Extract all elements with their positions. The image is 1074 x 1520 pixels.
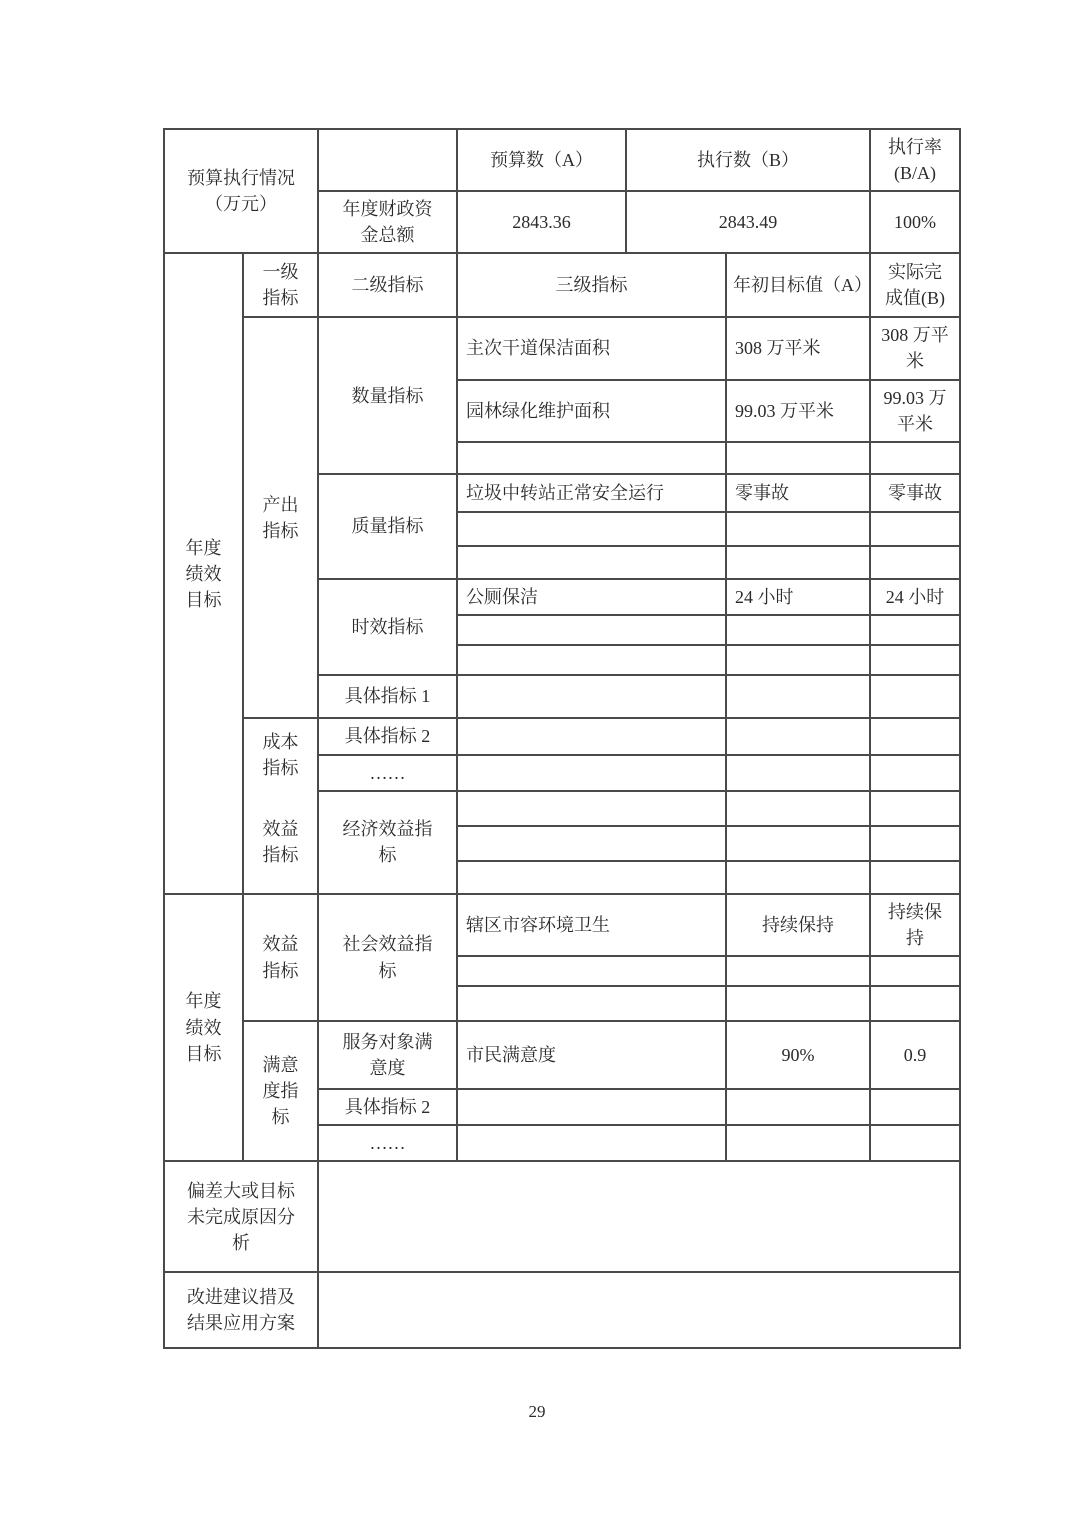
empty-cell xyxy=(726,1125,870,1161)
indicator-name: 辖区市容环境卫生 xyxy=(457,894,726,956)
budget-header-row: 预算执行情况（万元） 预算数（A） 执行数（B） 执行率(B/A) xyxy=(164,129,960,191)
indicator-name: 市民满意度 xyxy=(457,1021,726,1089)
empty-cell xyxy=(457,861,726,894)
economic-benefit-label: 经济效益指标 xyxy=(318,791,457,894)
empty-cell xyxy=(870,1089,960,1125)
budget-value-a: 2843.36 xyxy=(457,191,626,253)
empty-cell xyxy=(457,1125,726,1161)
budget-col-a-header: 预算数（A） xyxy=(457,129,626,191)
empty-cell xyxy=(726,791,870,826)
level1-header: 一级指标 xyxy=(243,253,318,317)
empty-cell xyxy=(457,986,726,1021)
empty-cell xyxy=(726,755,870,791)
empty-cell xyxy=(726,826,870,861)
empty-cell xyxy=(457,675,726,718)
target-value: 308 万平米 xyxy=(726,317,870,379)
actual-header: 实际完成值(B) xyxy=(870,253,960,317)
actual-value: 0.9 xyxy=(870,1021,960,1089)
section2-goal-label: 年度绩效目标 xyxy=(164,894,243,1161)
empty-cell xyxy=(726,645,870,675)
actual-value: 零事故 xyxy=(870,474,960,512)
empty-cell xyxy=(457,718,726,755)
target-value: 99.03 万平米 xyxy=(726,380,870,442)
improvement-content xyxy=(318,1272,960,1348)
deviation-analysis-content xyxy=(318,1161,960,1272)
improvement-label: 改进建议措及结果应用方案 xyxy=(164,1272,318,1348)
budget-rate-value: 100% xyxy=(870,191,960,253)
ellipsis-label-2: …… xyxy=(318,1125,457,1161)
page-number: 29 xyxy=(0,1402,1074,1422)
empty-cell xyxy=(870,512,960,546)
actual-value: 308 万平米 xyxy=(870,317,960,379)
empty-cell xyxy=(726,442,870,474)
empty-cell xyxy=(726,861,870,894)
actual-value: 持续保持 xyxy=(870,894,960,956)
empty-cell xyxy=(870,986,960,1021)
empty-cell xyxy=(457,956,726,986)
empty-cell xyxy=(870,645,960,675)
table-row: 年度绩效目标 效益指标 社会效益指标 辖区市容环境卫生 持续保持 持续保持 xyxy=(164,894,960,956)
budget-col-b-header: 执行数（B） xyxy=(626,129,870,191)
specific-indicator2-label-2: 具体指标 2 xyxy=(318,1089,457,1125)
empty-cell xyxy=(870,718,960,755)
empty-cell xyxy=(726,615,870,645)
indicator-name: 园林绿化维护面积 xyxy=(457,380,726,442)
target-value: 零事故 xyxy=(726,474,870,512)
budget-value-b: 2843.49 xyxy=(626,191,870,253)
empty-cell xyxy=(318,129,457,191)
service-satisfaction-label: 服务对象满意度 xyxy=(318,1021,457,1089)
empty-cell xyxy=(457,826,726,861)
table-row: 满意度指标 服务对象满意度 市民满意度 90% 0.9 xyxy=(164,1021,960,1089)
satisfaction-indicator-label: 满意度指标 xyxy=(243,1021,318,1161)
budget-section-label: 预算执行情况（万元） xyxy=(164,129,318,253)
cost-indicator-label: 成本指标 xyxy=(243,718,318,791)
empty-cell xyxy=(457,512,726,546)
table-row: 产出指标 数量指标 主次干道保洁面积 308 万平米 308 万平米 xyxy=(164,317,960,379)
empty-cell xyxy=(726,675,870,718)
social-benefit-label: 社会效益指标 xyxy=(318,894,457,1021)
empty-cell xyxy=(726,956,870,986)
empty-cell xyxy=(457,645,726,675)
annual-funds-label: 年度财政资金总额 xyxy=(318,191,457,253)
empty-cell xyxy=(726,512,870,546)
empty-cell xyxy=(726,546,870,579)
empty-cell xyxy=(457,755,726,791)
empty-cell xyxy=(457,546,726,579)
document-page: 预算执行情况（万元） 预算数（A） 执行数（B） 执行率(B/A) 年度财政资金… xyxy=(0,0,1074,1520)
specific-indicator1-label: 具体指标 1 xyxy=(318,675,457,718)
empty-cell xyxy=(870,861,960,894)
deviation-analysis-label: 偏差大或目标未完成原因分析 xyxy=(164,1161,318,1272)
indicator-header-row: 年度绩效目标 一级指标 二级指标 三级指标 年初目标值（A） 实际完成值(B) xyxy=(164,253,960,317)
target-value: 持续保持 xyxy=(726,894,870,956)
table-row: 效益指标 经济效益指标 xyxy=(164,791,960,826)
section1-goal-label: 年度绩效目标 xyxy=(164,253,243,894)
empty-cell xyxy=(870,826,960,861)
timeliness-indicator-label: 时效指标 xyxy=(318,579,457,675)
empty-cell xyxy=(870,546,960,579)
improvement-row: 改进建议措及结果应用方案 xyxy=(164,1272,960,1348)
empty-cell xyxy=(870,615,960,645)
empty-cell xyxy=(726,718,870,755)
empty-cell xyxy=(457,791,726,826)
budget-rate-header: 执行率(B/A) xyxy=(870,129,960,191)
actual-value: 24 小时 xyxy=(870,579,960,615)
quantity-indicator-label: 数量指标 xyxy=(318,317,457,473)
level3-header: 三级指标 xyxy=(457,253,726,317)
empty-cell xyxy=(726,986,870,1021)
deviation-analysis-row: 偏差大或目标未完成原因分析 xyxy=(164,1161,960,1272)
indicator-name: 垃圾中转站正常安全运行 xyxy=(457,474,726,512)
indicator-name: 公厕保洁 xyxy=(457,579,726,615)
target-value: 24 小时 xyxy=(726,579,870,615)
empty-cell xyxy=(870,1125,960,1161)
empty-cell xyxy=(726,1089,870,1125)
benefit-indicator-label-2: 效益指标 xyxy=(243,894,318,1021)
empty-cell xyxy=(870,675,960,718)
empty-cell xyxy=(457,1089,726,1125)
empty-cell xyxy=(870,442,960,474)
ellipsis-label: …… xyxy=(318,755,457,791)
level2-header: 二级指标 xyxy=(318,253,457,317)
benefit-indicator-label: 效益指标 xyxy=(243,791,318,894)
empty-cell xyxy=(870,755,960,791)
indicator-name: 主次干道保洁面积 xyxy=(457,317,726,379)
output-indicator-label: 产出指标 xyxy=(243,317,318,717)
performance-table: 预算执行情况（万元） 预算数（A） 执行数（B） 执行率(B/A) 年度财政资金… xyxy=(163,128,961,1349)
empty-cell xyxy=(457,442,726,474)
empty-cell xyxy=(457,615,726,645)
target-header: 年初目标值（A） xyxy=(726,253,870,317)
empty-cell xyxy=(870,956,960,986)
specific-indicator2-label: 具体指标 2 xyxy=(318,718,457,755)
actual-value: 99.03 万平米 xyxy=(870,380,960,442)
quality-indicator-label: 质量指标 xyxy=(318,474,457,579)
empty-cell xyxy=(870,791,960,826)
table-row: 成本指标 具体指标 2 xyxy=(164,718,960,755)
target-value: 90% xyxy=(726,1021,870,1089)
